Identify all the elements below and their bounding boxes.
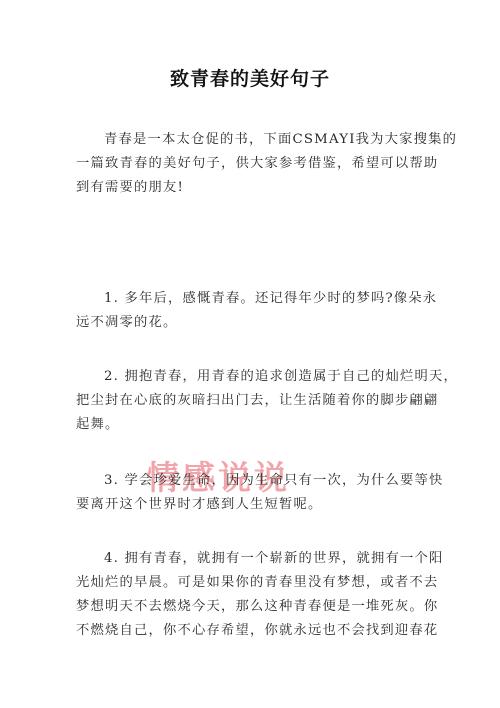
intro-line: 到有需要的朋友! <box>76 176 430 200</box>
list-item-1: 1. 多年后，感慨青春。还记得年少时的梦吗?像朵永 远不凋零的花。 <box>76 287 430 335</box>
list-item-3: 3. 学会珍爱生命，因为生命只有一次，为什么要等快 要离开这个世界时才感到人生短… <box>76 469 430 517</box>
list-item-4: 4. 拥有青春，就拥有一个崭新的世界，就拥有一个阳 光灿烂的早晨。可是如果你的青… <box>76 547 430 643</box>
item-line: 1. 多年后，感慨青春。还记得年少时的梦吗?像朵永 <box>76 287 430 311</box>
intro-line: 一篇致青春的美好句子，供大家参考借鉴，希望可以帮助 <box>76 152 430 176</box>
page-title: 致青春的美好句子 <box>0 64 500 91</box>
item-line: 3. 学会珍爱生命，因为生命只有一次，为什么要等快 <box>76 469 430 493</box>
item-line: 2. 拥抱青春，用青春的追求创造属于自己的灿烂明天， <box>76 365 430 389</box>
list-item-2: 2. 拥抱青春，用青春的追求创造属于自己的灿烂明天， 把尘封在心底的灰暗扫出门去… <box>76 365 430 437</box>
item-line: 梦想明天不去燃烧今天，那么这种青春便是一堆死灰。你 <box>76 595 430 619</box>
item-line: 把尘封在心底的灰暗扫出门去，让生活随着你的脚步翩翩 <box>76 389 430 413</box>
item-line: 起舞。 <box>76 413 430 437</box>
item-line: 光灿烂的早晨。可是如果你的青春里没有梦想，或者不去 <box>76 571 430 595</box>
intro-paragraph: 青春是一本太仓促的书，下面CSMAYI我为大家搜集的 一篇致青春的美好句子，供大… <box>76 128 430 200</box>
intro-line: 青春是一本太仓促的书，下面CSMAYI我为大家搜集的 <box>76 128 430 152</box>
item-line: 不燃烧自己，你不心存希望，你就永远也不会找到迎春花 <box>76 619 430 643</box>
item-line: 4. 拥有青春，就拥有一个崭新的世界，就拥有一个阳 <box>76 547 430 571</box>
item-line: 要离开这个世界时才感到人生短暂呢。 <box>76 493 430 517</box>
item-line: 远不凋零的花。 <box>76 311 430 335</box>
